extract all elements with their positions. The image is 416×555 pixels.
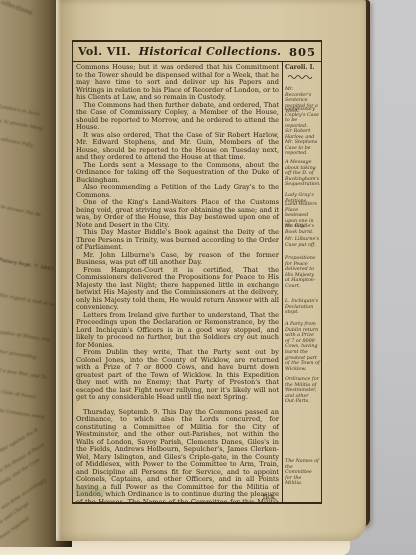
book-photograph: Collections. of London's in Acco Army, t…: [0, 0, 416, 555]
body-paragraph: The Lords sent a Message to the Commons,…: [76, 162, 279, 185]
body-paragraph: Letters from Ireland give further to und…: [76, 312, 279, 350]
left-page-fragment: the Case of Seven: [0, 389, 36, 402]
left-page-fragment: Putney Sept. 7. 1647.: [0, 257, 56, 273]
gutter-highlight: [56, 0, 61, 541]
body-paragraph: The Commons had then further debate, and…: [76, 102, 279, 132]
margin-note: L. Inchiquin's Declaration stopt.: [285, 299, 320, 316]
margin-note: Sir Robert Harlow, and Mr. Stephens Case…: [285, 129, 320, 157]
body-paragraph: This Day Master Biddle's Book against th…: [76, 229, 279, 252]
margin-flourish-icon: [287, 74, 313, 80]
left-page-fragment: of London's in Acco: [0, 104, 40, 119]
margin-note: A Message about taking off the D. of Buc…: [285, 160, 320, 188]
body-paragraph: Also recommending a Petition of the Lady…: [76, 184, 279, 199]
running-header: Vol. VII. Historical Collections. 805: [72, 40, 322, 62]
body-paragraph: Thursday, Septemb. 9. This Day the Commo…: [76, 409, 279, 503]
body-paragraph: From Dublin they write, That the Party s…: [76, 349, 279, 402]
printed-area: Vol. VII. Historical Collections. 805 Co…: [72, 40, 322, 504]
body-paragraph: One of the King's Land-Waiters Place of …: [76, 199, 279, 229]
catchword: fick,: [263, 494, 277, 502]
left-page-fragment: you to answer the de: [0, 203, 41, 220]
left-page-fragment: Collections.: [0, 0, 35, 17]
left-page-fragment: further proceeding: [0, 348, 36, 362]
left-page-fragment: little regard is had of us: [0, 293, 55, 309]
page-number: 805: [289, 45, 316, 59]
margin-note: Mr. Lilburne's Case put off.: [285, 237, 320, 248]
body-paragraph: It was also ordered, That the Case of Si…: [76, 132, 279, 162]
margin-note: A Party from Dublin return with a Prize …: [285, 322, 320, 372]
left-page-fragment: to advance Fifty: [0, 136, 34, 150]
margin-note: Mr. Biddle's Book burnt.: [285, 224, 320, 235]
body-paragraph: Commons House; but it was ordered that h…: [76, 64, 279, 102]
margin-note-caroli: Caroli. I.: [285, 65, 320, 71]
page-title: Historical Collections.: [131, 45, 289, 58]
margin-note: Ordinance for the Militia of Westminster…: [285, 377, 320, 405]
left-page-fragment: the Commons voted: [0, 408, 45, 422]
margin-note: Propositions for Peace delivered to His …: [285, 256, 320, 290]
left-page-fragment: of a new War, and To: [0, 368, 47, 382]
margin-note: The Names of the Committee for the Milit…: [285, 459, 320, 487]
volume-label: Vol. VII.: [78, 45, 131, 58]
margin-notes-column: Caroli. I. Mr. Recorder's Sentence respi…: [283, 62, 321, 502]
main-text-column: Commons House; but it was ordered that h…: [73, 62, 283, 502]
right-page: Vol. VII. Historical Collections. 805 Co…: [56, 0, 366, 541]
ink-smudge: [75, 488, 105, 496]
body-paragraph: Mr. John Lilburne's Case, by reason of t…: [76, 252, 279, 267]
margin-note: Commissary Copley's Case to be reported.: [285, 107, 320, 129]
body-paragraph: From Hampton-Court it is certified, That…: [76, 267, 279, 312]
text-frame: Commons House; but it was ordered that h…: [72, 62, 322, 504]
left-page-fragment: Army, to provide Mony: [0, 117, 43, 134]
left-page-fragment: Supplies of Money, and: [0, 330, 51, 345]
